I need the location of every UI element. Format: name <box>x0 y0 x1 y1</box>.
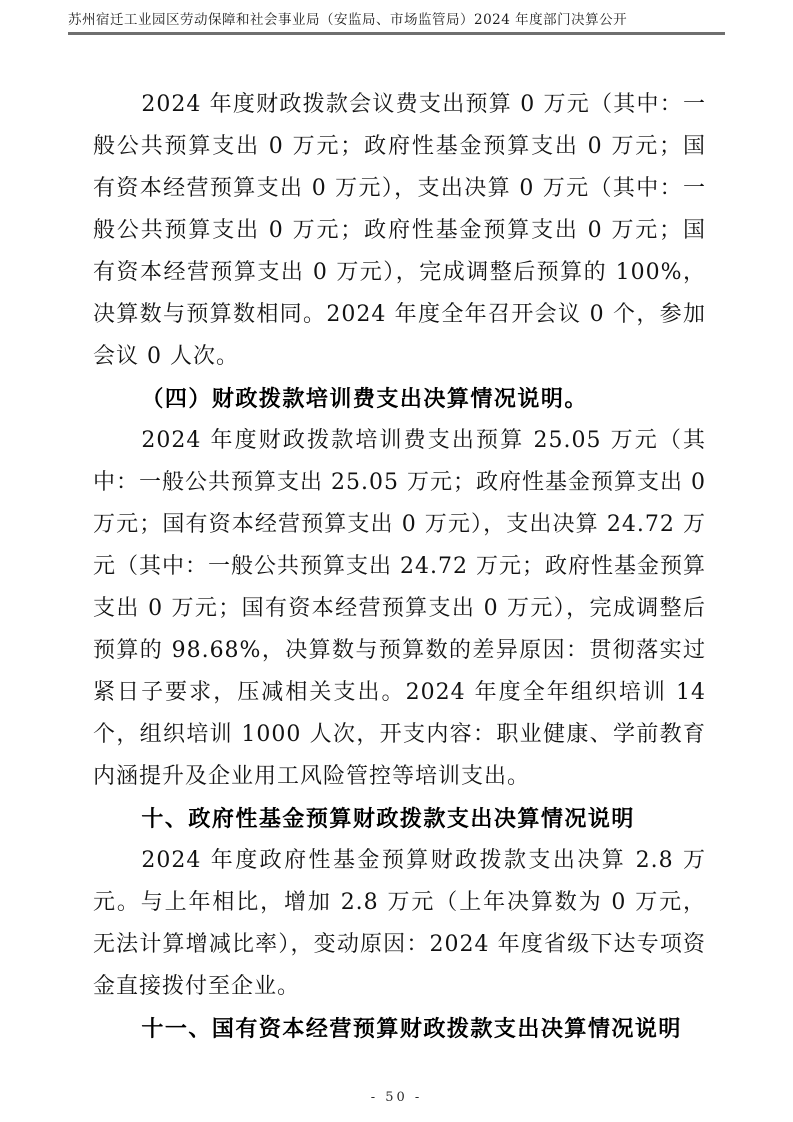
running-header: 苏州宿迁工业园区劳动保障和社会事业局（安监局、市场监管局）2024 年度部门决算… <box>68 11 725 35</box>
heading-state-capital-budget-section: 十一、国有资本经营预算财政拨款支出决算情况说明 <box>93 1008 706 1050</box>
document-body: 2024 年度财政拨款会议费支出预算 0 万元（其中：一般公共预算支出 0 万元… <box>93 84 706 1050</box>
document-page: 苏州宿迁工业园区劳动保障和社会事业局（安监局、市场监管局）2024 年度部门决算… <box>0 0 793 1122</box>
paragraph-meeting-expense: 2024 年度财政拨款会议费支出预算 0 万元（其中：一般公共预算支出 0 万元… <box>93 84 706 378</box>
heading-government-fund-budget-section: 十、政府性基金预算财政拨款支出决算情况说明 <box>93 798 706 840</box>
heading-training-expense-section: （四）财政拨款培训费支出决算情况说明。 <box>93 378 706 420</box>
header-rule-divider <box>68 32 725 35</box>
paragraph-government-fund-budget: 2024 年度政府性基金预算财政拨款支出决算 2.8 万元。与上年相比，增加 2… <box>93 840 706 1008</box>
paragraph-training-expense: 2024 年度财政拨款培训费支出预算 25.05 万元（其中：一般公共预算支出 … <box>93 420 706 798</box>
page-number: - 50 - <box>0 1090 793 1105</box>
running-header-title: 苏州宿迁工业园区劳动保障和社会事业局（安监局、市场监管局）2024 年度部门决算… <box>68 11 725 32</box>
